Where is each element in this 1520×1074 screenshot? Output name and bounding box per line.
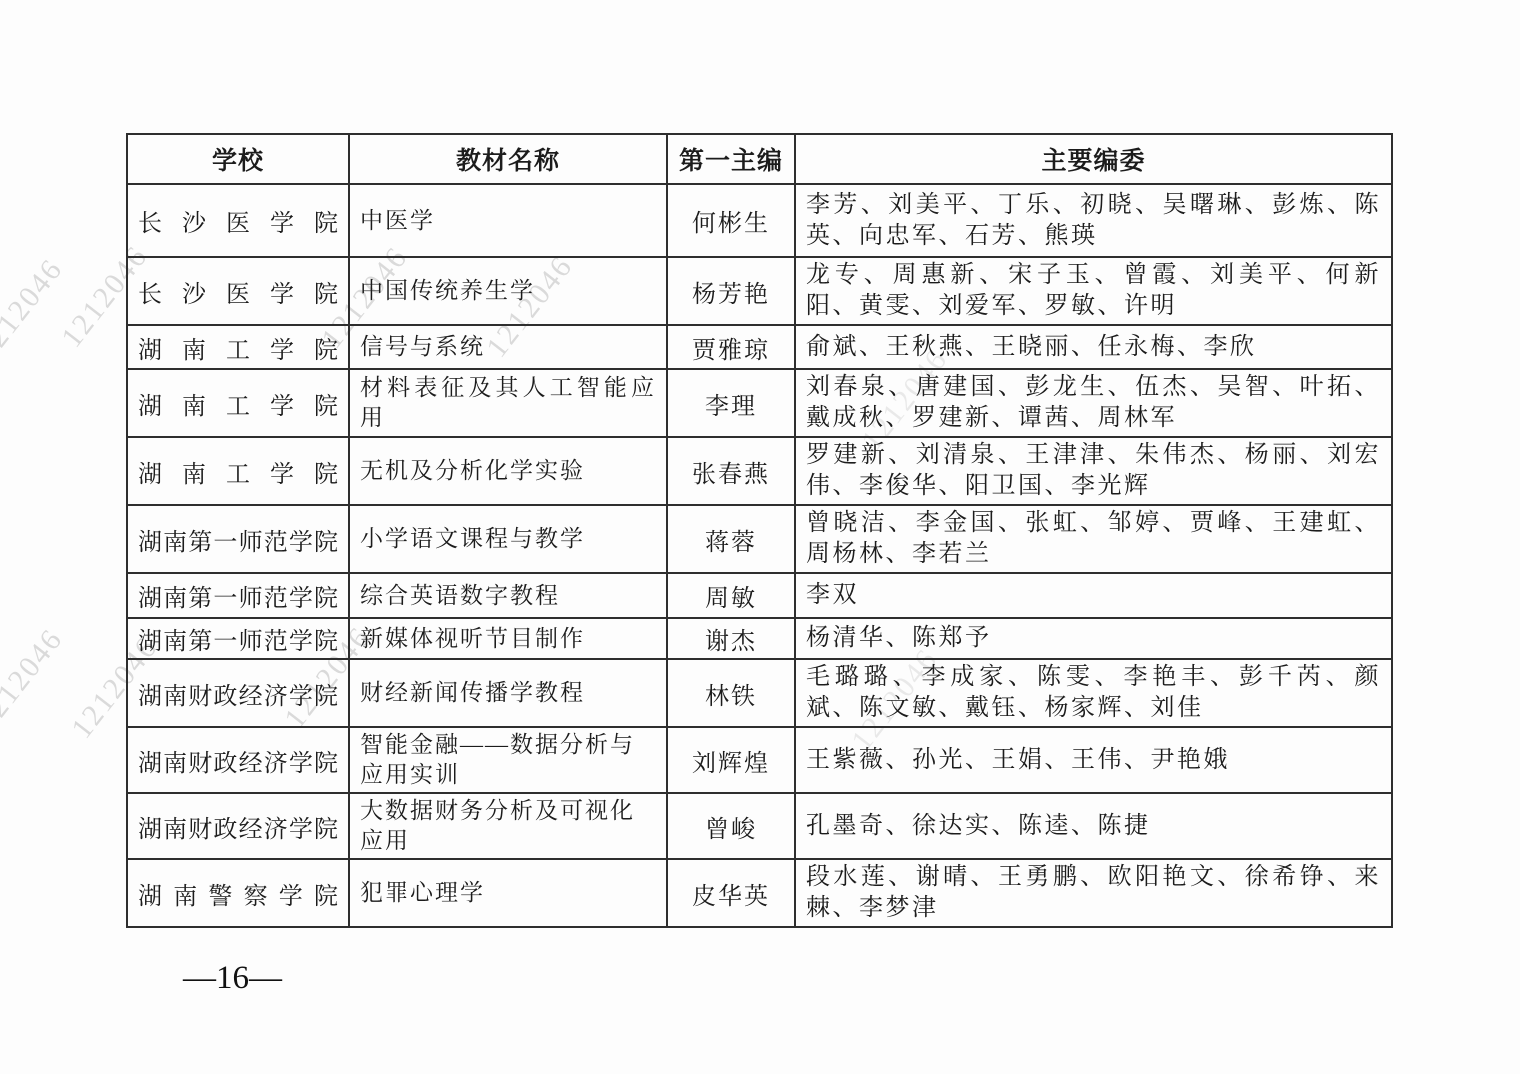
editor-cell: 贾雅琼 [667, 325, 795, 369]
editor-cell: 谢杰 [667, 618, 795, 659]
title-cell: 无机及分析化学实验 [349, 437, 667, 505]
table-row: 长沙医学院中国传统养生学杨芳艳龙专、周惠新、宋子玉、曾霞、刘美平、何新阳、黄雯、… [127, 257, 1392, 325]
title-cell: 新媒体视听节目制作 [349, 618, 667, 659]
committee-cell: 王紫薇、孙光、王娟、王伟、尹艳娥 [795, 727, 1392, 793]
column-header-committee: 主要编委 [795, 134, 1392, 184]
editor-cell: 蒋蓉 [667, 505, 795, 573]
school-cell: 湖南第一师范学院 [127, 505, 349, 573]
title-cell: 智能金融——数据分析与 应用实训 [349, 727, 667, 793]
table-row: 湖南第一师范学院综合英语数字教程周敏李双 [127, 573, 1392, 618]
school-cell: 湖南财政经济学院 [127, 793, 349, 859]
school-cell: 湖南第一师范学院 [127, 573, 349, 618]
table-row: 长沙医学院中医学何彬生李芳、刘美平、丁乐、初晓、吴曙琳、彭炼、陈英、向忠军、石芳… [127, 184, 1392, 257]
table-row: 湖南第一师范学院新媒体视听节目制作谢杰杨清华、陈郑予 [127, 618, 1392, 659]
committee-cell: 罗建新、刘清泉、王津津、朱伟杰、杨丽、刘宏伟、李俊华、阳卫国、李光辉 [795, 437, 1392, 505]
school-cell: 湖南第一师范学院 [127, 618, 349, 659]
editor-cell: 皮华英 [667, 859, 795, 927]
committee-cell: 龙专、周惠新、宋子玉、曾霞、刘美平、何新阳、黄雯、刘爱军、罗敏、许明 [795, 257, 1392, 325]
page-number: —16— [183, 960, 282, 997]
textbook-table: 学校 教材名称 第一主编 主要编委 长沙医学院中医学何彬生李芳、刘美平、丁乐、初… [126, 133, 1393, 928]
table-row: 湖南财政经济学院大数据财务分析及可视化 应用曾峻孔墨奇、徐达实、陈逵、陈捷 [127, 793, 1392, 859]
title-cell: 中医学 [349, 184, 667, 257]
column-header-school: 学校 [127, 134, 349, 184]
committee-cell: 杨清华、陈郑予 [795, 618, 1392, 659]
editor-cell: 杨芳艳 [667, 257, 795, 325]
document-page: 1212046 1212046 1212046 1212046 1212046 … [0, 0, 1520, 1074]
editor-cell: 林铁 [667, 659, 795, 727]
table-row: 湖南第一师范学院小学语文课程与教学蒋蓉曾晓洁、李金国、张虹、邹婷、贾峰、王建虹、… [127, 505, 1392, 573]
committee-cell: 李双 [795, 573, 1392, 618]
title-cell: 中国传统养生学 [349, 257, 667, 325]
table-row: 湖南警察学院犯罪心理学皮华英段水莲、谢晴、王勇鹏、欧阳艳文、徐希铮、来棘、李梦津 [127, 859, 1392, 927]
editor-cell: 曾峻 [667, 793, 795, 859]
title-cell: 信号与系统 [349, 325, 667, 369]
school-cell: 长沙医学院 [127, 257, 349, 325]
title-cell: 小学语文课程与教学 [349, 505, 667, 573]
editor-cell: 刘辉煌 [667, 727, 795, 793]
table-row: 湖南工学院信号与系统贾雅琼俞斌、王秋燕、王晓丽、任永梅、李欣 [127, 325, 1392, 369]
editor-cell: 何彬生 [667, 184, 795, 257]
editor-cell: 张春燕 [667, 437, 795, 505]
title-cell: 材料表征及其人工智能应用 [349, 369, 667, 437]
column-header-editor: 第一主编 [667, 134, 795, 184]
editor-cell: 周敏 [667, 573, 795, 618]
school-cell: 湖南工学院 [127, 369, 349, 437]
school-cell: 湖南财政经济学院 [127, 727, 349, 793]
title-cell: 犯罪心理学 [349, 859, 667, 927]
table-row: 湖南工学院材料表征及其人工智能应用李理刘春泉、唐建国、彭龙生、伍杰、吴智、叶拓、… [127, 369, 1392, 437]
committee-cell: 李芳、刘美平、丁乐、初晓、吴曙琳、彭炼、陈英、向忠军、石芳、熊瑛 [795, 184, 1392, 257]
title-cell: 财经新闻传播学教程 [349, 659, 667, 727]
watermark-text: 1212046 [0, 253, 70, 368]
title-cell: 综合英语数字教程 [349, 573, 667, 618]
school-cell: 湖南财政经济学院 [127, 659, 349, 727]
school-cell: 湖南工学院 [127, 437, 349, 505]
committee-cell: 孔墨奇、徐达实、陈逵、陈捷 [795, 793, 1392, 859]
committee-cell: 毛璐璐、李成家、陈雯、李艳丰、彭千芮、颜斌、陈文敏、戴钰、杨家辉、刘佳 [795, 659, 1392, 727]
school-cell: 长沙医学院 [127, 184, 349, 257]
committee-cell: 曾晓洁、李金国、张虹、邹婷、贾峰、王建虹、周杨林、李若兰 [795, 505, 1392, 573]
column-header-title: 教材名称 [349, 134, 667, 184]
committee-cell: 俞斌、王秋燕、王晓丽、任永梅、李欣 [795, 325, 1392, 369]
header-row: 学校 教材名称 第一主编 主要编委 [127, 134, 1392, 184]
table-row: 湖南财政经济学院财经新闻传播学教程林铁毛璐璐、李成家、陈雯、李艳丰、彭千芮、颜斌… [127, 659, 1392, 727]
editor-cell: 李理 [667, 369, 795, 437]
table-row: 湖南工学院无机及分析化学实验张春燕罗建新、刘清泉、王津津、朱伟杰、杨丽、刘宏伟、… [127, 437, 1392, 505]
committee-cell: 段水莲、谢晴、王勇鹏、欧阳艳文、徐希铮、来棘、李梦津 [795, 859, 1392, 927]
watermark-text: 1212046 [0, 623, 70, 738]
title-cell: 大数据财务分析及可视化 应用 [349, 793, 667, 859]
school-cell: 湖南警察学院 [127, 859, 349, 927]
school-cell: 湖南工学院 [127, 325, 349, 369]
table-row: 湖南财政经济学院智能金融——数据分析与 应用实训刘辉煌王紫薇、孙光、王娟、王伟、… [127, 727, 1392, 793]
committee-cell: 刘春泉、唐建国、彭龙生、伍杰、吴智、叶拓、戴成秋、罗建新、谭茜、周林军 [795, 369, 1392, 437]
